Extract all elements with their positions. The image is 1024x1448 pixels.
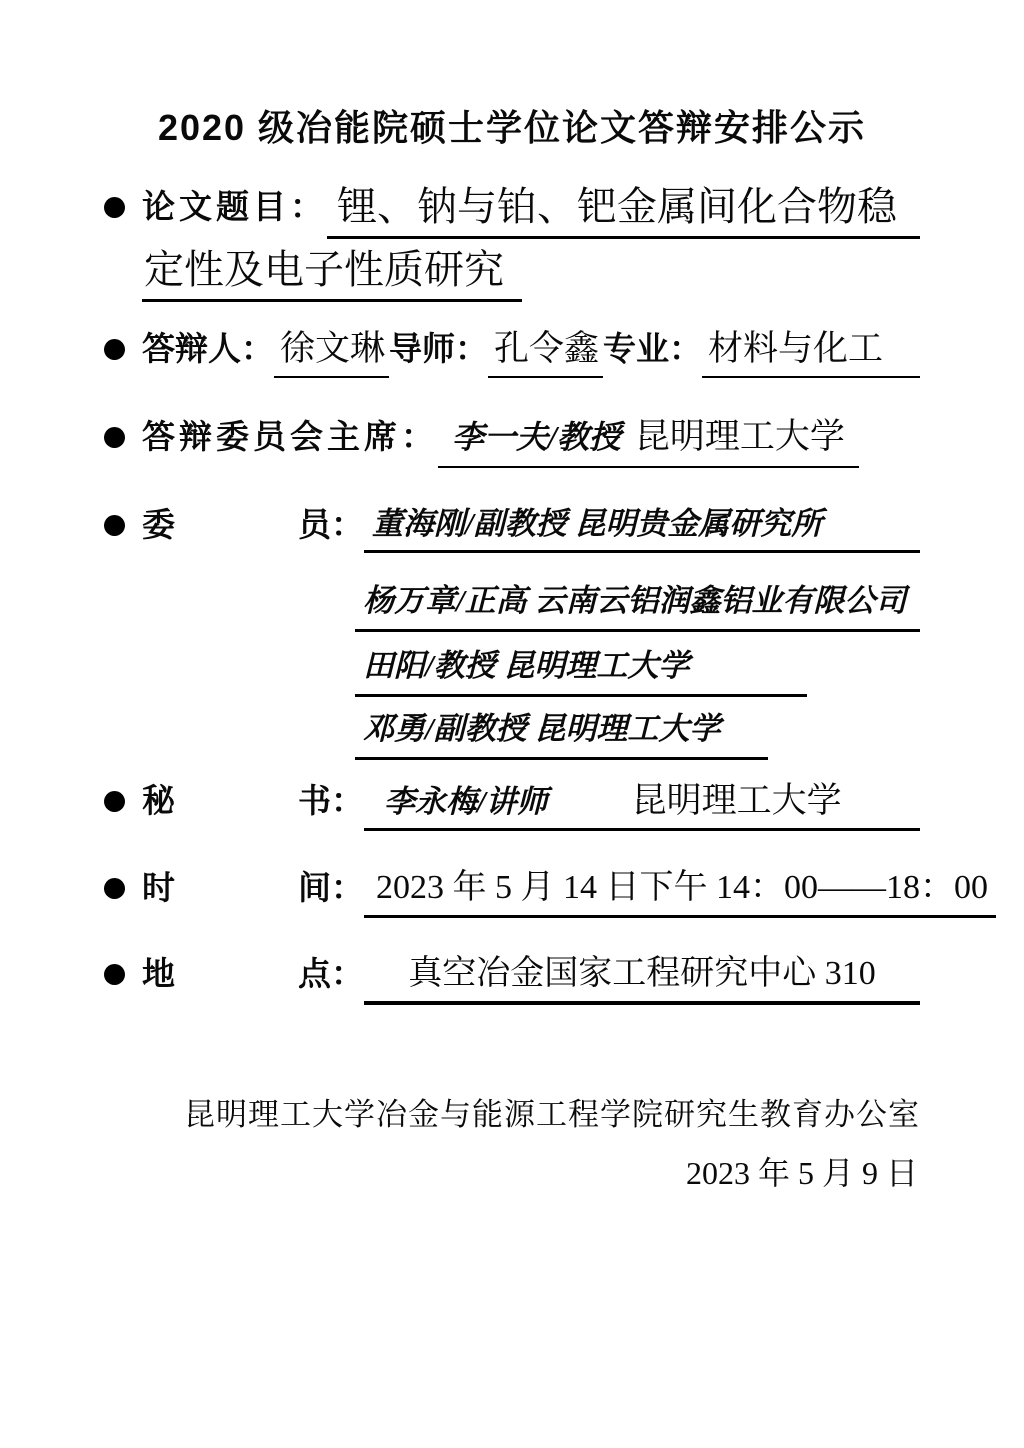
footer-date: 2023 年 5 月 9 日 [104, 1151, 920, 1195]
committee-label-char1: 委 [142, 502, 175, 548]
secretary-label-char2: 书： [298, 778, 364, 824]
advisor-name: 孔令鑫 [488, 326, 603, 378]
venue-row: 地 点： 真空冶金国家工程研究中心 310 [104, 951, 920, 1005]
major-label: 专业： [603, 326, 702, 372]
time-row: 时 间： 2023 年 5 月 14 日下午 14：00——18：00 [104, 865, 920, 918]
committee-member-line: 邓勇/副教授 昆明理工大学 [355, 707, 920, 760]
bullet-icon [104, 515, 125, 536]
footer-office: 昆明理工大学冶金与能源工程学院研究生教育办公室 [104, 1093, 920, 1137]
bullet-icon [104, 427, 125, 448]
committee-member: 董海刚/副教授 昆明贵金属研究所 [364, 502, 920, 553]
bullet-icon [104, 197, 125, 218]
time-label: 时 间： [142, 865, 364, 911]
announcement-page: 2020 级冶能院硕士学位论文答辩安排公示 论文题目： 锂、钠与铂、钯金属间化合… [0, 0, 1024, 1448]
secretary-value: 李永梅/讲师昆明理工大学 [364, 778, 920, 831]
chair-name: 李一夫/教授 [452, 419, 621, 455]
major-value: 材料与化工 [702, 326, 920, 378]
secretary-affiliation: 昆明理工大学 [632, 778, 842, 824]
chair-label: 答辩委员会主席： [142, 414, 438, 460]
page-title: 2020 级冶能院硕士学位论文答辩安排公示 [104, 104, 920, 152]
venue-label: 地 点： [142, 951, 364, 997]
thesis-title-value-line2: 定性及电子性质研究 [142, 245, 522, 302]
secretary-name: 李永梅/讲师 [384, 780, 548, 824]
chair-affiliation: 昆明理工大学 [635, 417, 845, 456]
chair-row: 答辩委员会主席： 李一夫/教授昆明理工大学 [104, 414, 920, 468]
committee-member-line: 杨万章/正高 云南云铝润鑫铝业有限公司 [355, 579, 920, 632]
defender-row: 答辩人： 徐文琳 导师： 孔令鑫 专业： 材料与化工 [104, 326, 920, 378]
time-label-char2: 间： [298, 865, 364, 911]
defender-label: 答辩人： [142, 326, 274, 372]
time-value: 2023 年 5 月 14 日下午 14：00——18：00 [364, 865, 996, 918]
committee-block: 委 员： 董海刚/副教授 昆明贵金属研究所 杨万章/正高 云南云铝润鑫铝业有限公… [104, 502, 920, 760]
thesis-title-block: 论文题目： 锂、钠与铂、钯金属间化合物稳 定性及电子性质研究 [104, 182, 920, 302]
bullet-icon [104, 791, 125, 812]
committee-member-line: 田阳/教授 昆明理工大学 [355, 644, 920, 697]
secretary-row: 秘 书： 李永梅/讲师昆明理工大学 [104, 778, 920, 831]
chair-value: 李一夫/教授昆明理工大学 [438, 414, 859, 468]
venue-value: 真空冶金国家工程研究中心 310 [364, 951, 920, 1005]
defender-name: 徐文琳 [274, 326, 389, 378]
thesis-title-line1: 论文题目： 锂、钠与铂、钯金属间化合物稳 [104, 182, 920, 239]
thesis-title-value-line1: 锂、钠与铂、钯金属间化合物稳 [327, 182, 920, 239]
venue-label-char1: 地 [142, 951, 175, 997]
thesis-title-line2: 定性及电子性质研究 [142, 245, 920, 302]
secretary-label: 秘 书： [142, 778, 364, 824]
bullet-icon [104, 964, 125, 985]
bullet-icon [104, 339, 125, 360]
committee-member: 杨万章/正高 云南云铝润鑫铝业有限公司 [355, 579, 920, 632]
committee-member: 邓勇/副教授 昆明理工大学 [355, 707, 768, 760]
committee-row: 委 员： 董海刚/副教授 昆明贵金属研究所 [104, 502, 920, 553]
advisor-label: 导师： [389, 326, 488, 372]
secretary-label-char1: 秘 [142, 778, 175, 824]
time-label-char1: 时 [142, 865, 175, 911]
committee-member: 田阳/教授 昆明理工大学 [355, 644, 807, 697]
venue-label-char2: 点： [298, 951, 364, 997]
committee-label: 委 员： [142, 502, 364, 548]
thesis-title-label: 论文题目： [142, 182, 327, 232]
committee-label-char2: 员： [298, 502, 364, 548]
bullet-icon [104, 878, 125, 899]
